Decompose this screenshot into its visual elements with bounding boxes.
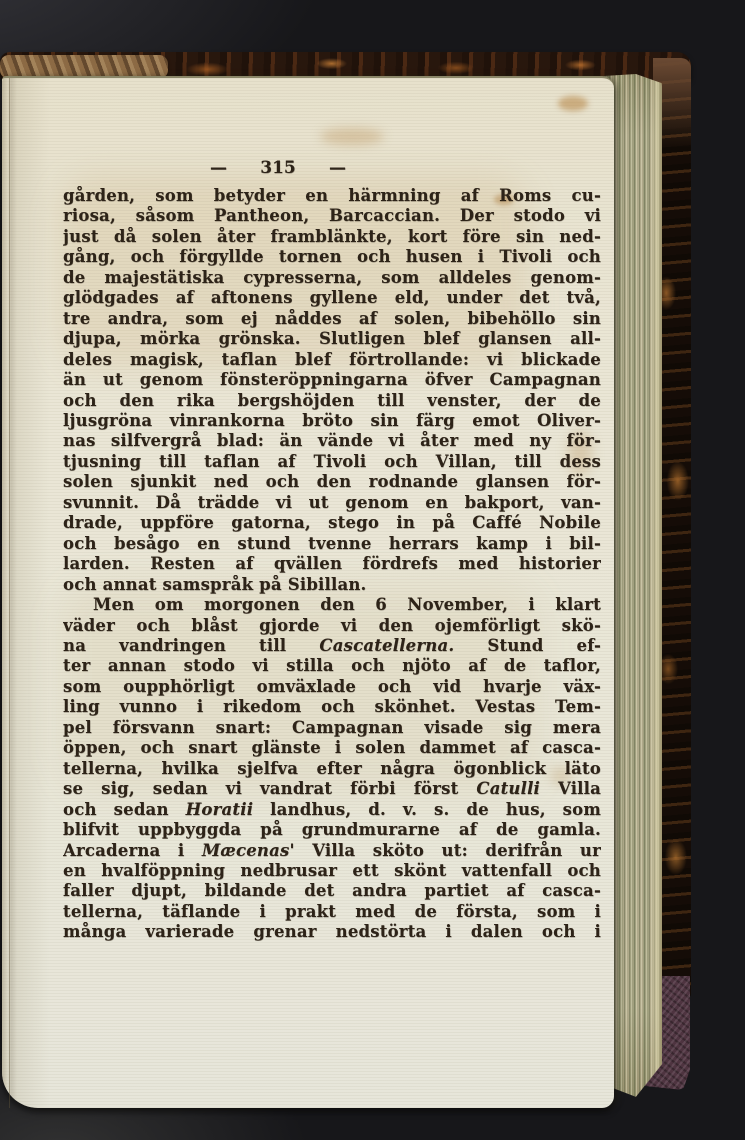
text-line: Men om morgonen den 6 November, i klart bbox=[63, 595, 601, 615]
text-line: na vandringen till Cascatellerna. Stund … bbox=[63, 636, 601, 656]
text-line: se sig, sedan vi vandrat förbi först Cat… bbox=[63, 779, 601, 799]
text-line: och annat samspråk på Sibillan. bbox=[63, 575, 601, 595]
foxing-stain bbox=[558, 96, 588, 111]
text-line: ljusgröna vinrankorna bröto sin färg emo… bbox=[63, 411, 601, 431]
page-number: 315 bbox=[260, 158, 296, 178]
book-page: — 315 — gården, som betyder en härmning … bbox=[2, 76, 614, 1108]
text-line: djupa, mörka grönska. Slutligen blef gla… bbox=[63, 329, 601, 349]
header-dash-left-icon: — bbox=[210, 158, 227, 178]
text-line: många varierade grenar nedstörta i dalen… bbox=[63, 922, 601, 942]
text-line: en hvalföppning nedbrusar ett skönt vatt… bbox=[63, 861, 601, 881]
text-line: tjusning till taflan af Tivoli och Villa… bbox=[63, 452, 601, 472]
text-line: just då solen åter framblänkte, kort för… bbox=[63, 227, 601, 247]
text-line: öppen, och snart glänste i solen dammet … bbox=[63, 738, 601, 758]
text-line: och sedan Horatii landhus, d. v. s. de h… bbox=[63, 800, 601, 820]
text-line: ter annan stodo vi stilla och njöto af d… bbox=[63, 656, 601, 676]
text-block: gården, som betyder en härmning af Roms … bbox=[63, 186, 601, 943]
text-line: solen sjunkit ned och den rodnande glans… bbox=[63, 472, 601, 492]
header-dash-right-icon: — bbox=[329, 158, 346, 178]
scan-background: — 315 — gården, som betyder en härmning … bbox=[0, 0, 745, 1140]
text-line: ling vunno i rikedom och skönhet. Vestas… bbox=[63, 697, 601, 717]
text-line: blifvit uppbyggda på grundmurarne af de … bbox=[63, 820, 601, 840]
text-line: än ut genom fönsteröppningarna öfver Cam… bbox=[63, 370, 601, 390]
text-line: tellerna, hvilka sjelfva efter några ögo… bbox=[63, 759, 601, 779]
text-line: gården, som betyder en härmning af Roms … bbox=[63, 186, 601, 206]
text-line: Arcaderna i Mæcenas' Villa sköto ut: der… bbox=[63, 841, 601, 861]
text-line: pel försvann snart: Campagnan visade sig… bbox=[63, 718, 601, 738]
page-header: — 315 — bbox=[210, 157, 346, 178]
text-line: väder och blåst gjorde vi den ojemförlig… bbox=[63, 616, 601, 636]
page-crease-line bbox=[9, 78, 10, 1108]
text-line: larden. Resten af qvällen fördrefs med h… bbox=[63, 554, 601, 574]
text-line: som oupphörligt omväxlade och vid hvarje… bbox=[63, 677, 601, 697]
text-line: faller djupt, bildande det andra partiet… bbox=[63, 881, 601, 901]
text-line: nas silfvergrå blad: än vände vi åter me… bbox=[63, 431, 601, 451]
text-line: och den rika bergshöjden till venster, d… bbox=[63, 391, 601, 411]
text-line: tellerna, täflande i prakt med de första… bbox=[63, 902, 601, 922]
text-line: tre andra, som ej nåddes af solen, bibeh… bbox=[63, 309, 601, 329]
text-line: och besågo en stund tvenne herrars kamp … bbox=[63, 534, 601, 554]
text-line: riosa, såsom Pantheon, Barcaccian. Der s… bbox=[63, 206, 601, 226]
foxing-stain bbox=[320, 128, 384, 145]
text-line: gång, och förgyllde tornen och husen i T… bbox=[63, 247, 601, 267]
text-line: glödgades af aftonens gyllene eld, under… bbox=[63, 288, 601, 308]
text-line: drade, uppföre gatorna, stego in på Caff… bbox=[63, 513, 601, 533]
text-line: de majestätiska cypresserna, som alldele… bbox=[63, 268, 601, 288]
text-line: deles magisk, taflan blef förtrollande: … bbox=[63, 350, 601, 370]
text-line: svunnit. Då trädde vi ut genom en bakpor… bbox=[63, 493, 601, 513]
